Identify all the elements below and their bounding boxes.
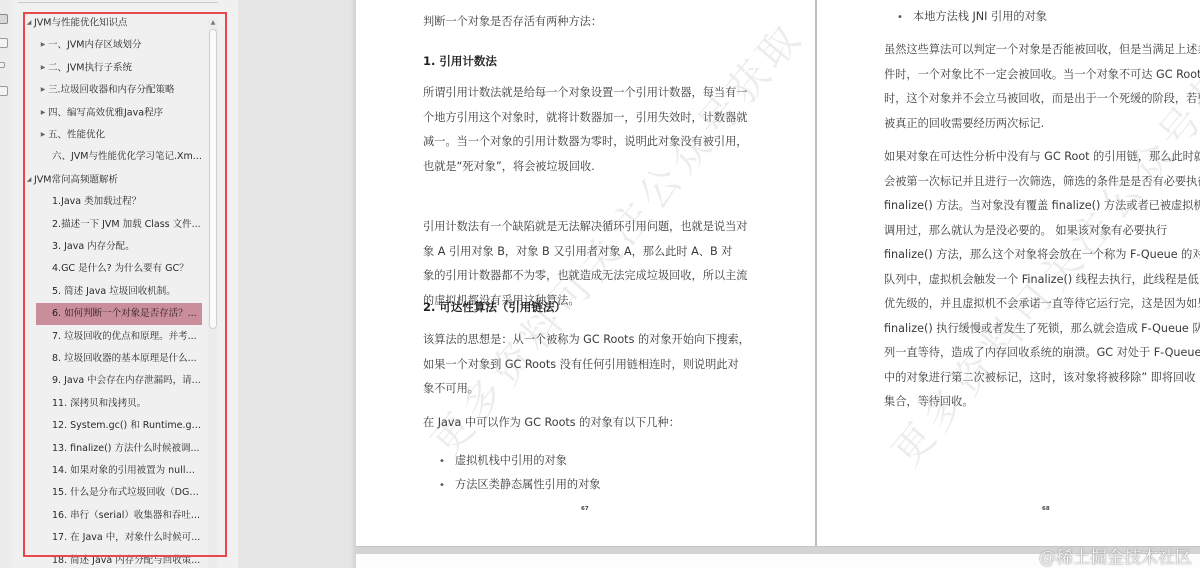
outline-item[interactable]: ◢JVM与性能优化知识点 xyxy=(24,12,202,34)
text-line: finalize() 方法。当对象没有覆盖 finalize() 方法或者已被虚… xyxy=(884,194,1200,219)
annotation-icon[interactable] xyxy=(0,62,5,68)
outline-item-label: 3. Java 内存分配。 xyxy=(52,241,135,252)
text-line: 调用过，那么就认为是没必要的。 如果该对象有必要执行 xyxy=(884,219,1167,244)
text-line: 会被第一次标记并且进行一次筛选，筛选的条件是是否有必要执行 xyxy=(884,170,1200,195)
outline-item[interactable]: 5. 简述 Java 垃圾回收机制。 xyxy=(36,281,202,303)
outline-item[interactable]: 3. Java 内存分配。 xyxy=(36,236,202,258)
outline-item[interactable]: 12. System.gc() 和 Runtime.gc()... xyxy=(36,415,202,437)
heading-reference-counting: 1. 引用计数法 xyxy=(423,53,497,69)
outline-item-label: 2.描述一下 JVM 加载 Class 文件... xyxy=(52,219,201,230)
tool-strip xyxy=(0,0,12,568)
outline-item[interactable]: 17. 在 Java 中，对象什么时候可... xyxy=(36,527,202,549)
outline-item-label: 4.GC 是什么? 为什么要有 GC？ xyxy=(52,263,189,274)
text-line: 集合，等待回收。 xyxy=(884,390,974,415)
page-number: 67 xyxy=(581,506,589,512)
text-line: 列一直等待，造成了内存回收系统的崩溃。GC 对处于 F-Queue xyxy=(884,341,1200,366)
text-line: 件时，一个对象比不一定会被回收。当一个对象不可达 GC Root xyxy=(884,63,1200,88)
bookmark-icon[interactable] xyxy=(0,38,8,48)
expand-triangle-icon[interactable]: ▶ xyxy=(38,34,48,56)
outline-item-label: 5. 简述 Java 垃圾回收机制。 xyxy=(52,286,176,297)
heading-reachability: 2. 可达性算法（引用链法） xyxy=(423,299,566,315)
outline-item-label: 9. Java 中会存在内存泄漏吗，请... xyxy=(52,375,201,386)
outline-item-label: JVM常问高频题解析 xyxy=(34,174,118,185)
outline-item-label: 15. 什么是分布式垃圾回收（DGC... xyxy=(52,487,202,498)
outline-item-label: 二、JVM执行子系统 xyxy=(48,62,132,73)
outline-item-label: 7. 垃圾回收的优点和原理。并考... xyxy=(52,331,197,342)
pdf-page-68: •本地方法栈 JNI 引用的对象 虽然这些算法可以判定一个对象是否能被回收，但是… xyxy=(817,0,1200,546)
site-watermark: @稀土掘金技术社区 xyxy=(1039,543,1192,568)
collapse-triangle-icon[interactable]: ◢ xyxy=(24,169,34,191)
viewer-background xyxy=(238,0,356,568)
text-line: 虽然这些算法可以判定一个对象是否能被回收，但是当满足上述条 xyxy=(884,38,1200,63)
bullet-item: •方法区类静态属性引用的对象 xyxy=(439,476,600,492)
outline-item[interactable]: ◢JVM常问高频题解析 xyxy=(24,169,202,191)
bullet-item: •虚拟机栈中引用的对象 xyxy=(439,452,567,468)
pdf-page-67: 判断一个对象是否存活有两种方法： 1. 引用计数法 所谓引用计数法就是给每一个对… xyxy=(356,0,815,546)
outline-item-label: 12. System.gc() 和 Runtime.gc()... xyxy=(52,420,202,431)
outline-item[interactable]: ▶四、编写高效优雅Java程序 xyxy=(36,102,202,124)
outline-item[interactable]: 7. 垃圾回收的优点和原理。并考... xyxy=(36,326,202,348)
bullet-item: •本地方法栈 JNI 引用的对象 xyxy=(897,8,1047,24)
text-line: 被真正的回收需要经历两次标记. xyxy=(884,112,1044,137)
text-line: 也就是“死对象”，将会被垃圾回收. xyxy=(423,155,595,180)
outline-item[interactable]: 六、JVM与性能优化学习笔记.Xm... xyxy=(36,146,202,168)
text-line: 个地方引用这个对象时，就将计数器加一，引用失效时，计数器就 xyxy=(423,106,747,131)
outline-item[interactable]: 8. 垃圾回收器的基本原理是什么... xyxy=(36,348,202,370)
expand-triangle-icon[interactable]: ▶ xyxy=(38,79,48,101)
bullet-text: 本地方法栈 JNI 引用的对象 xyxy=(913,10,1047,23)
text-line: 象 A 引用对象 B，对象 B 又引用者对象 A，那么此时 A、B 对 xyxy=(423,240,732,265)
outline-item-label: 14. 如果对象的引用被置为 null，... xyxy=(52,465,202,476)
scroll-thumb[interactable] xyxy=(209,29,217,329)
outline-item[interactable]: 11. 深拷贝和浅拷贝。 xyxy=(36,393,202,415)
outline-item-label: 17. 在 Java 中，对象什么时候可... xyxy=(52,532,200,543)
bullet-icon: • xyxy=(439,456,455,467)
expand-triangle-icon[interactable]: ▶ xyxy=(38,102,48,124)
attachment-icon[interactable] xyxy=(0,86,8,96)
outline-item-label: 6. 如何判断一个对象是否存活？... xyxy=(52,308,197,319)
text-line: finalize() 方法，那么这个对象将会放在一个称为 F-Queue 的对 xyxy=(884,243,1200,268)
text-line: 所谓引用计数法就是给每一个对象设置一个引用计数器，每当有一 xyxy=(423,81,747,106)
outline-item[interactable]: 18. 简述 Java 内存分配与回收策... xyxy=(36,550,202,568)
text-line: 中的对象进行第二次被标记，这时，该对象将被移除” 即将回收 xyxy=(884,366,1195,391)
outline-scrollbar[interactable]: ▲ xyxy=(208,18,218,568)
outline-item-label: 1.Java 类加载过程？ xyxy=(52,196,141,207)
outline-item[interactable]: 13. finalize() 方法什么时候被调... xyxy=(36,438,202,460)
text-line: finalize() 执行缓慢或者发生了死锁，那么就会造成 F-Queue 队 xyxy=(884,317,1200,342)
outline-item-label: 六、JVM与性能优化学习笔记.Xm... xyxy=(52,151,202,162)
outline-item-label: 8. 垃圾回收器的基本原理是什么... xyxy=(52,353,197,364)
outline-item[interactable]: ▶二、JVM执行子系统 xyxy=(36,57,202,79)
text-line: 该算法的思想是：从一个被称为 GC Roots 的对象开始向下搜索， xyxy=(423,328,750,353)
outline-item[interactable]: 2.描述一下 JVM 加载 Class 文件... xyxy=(36,214,202,236)
outline-item-label: 16. 串行（serial）收集器和吞吐... xyxy=(52,510,200,521)
outline-item[interactable]: 1.Java 类加载过程？ xyxy=(36,191,202,213)
outline-item[interactable]: ▶五、性能优化 xyxy=(36,124,202,146)
scroll-up-arrow-icon[interactable]: ▲ xyxy=(208,18,218,28)
expand-triangle-icon[interactable]: ▶ xyxy=(38,57,48,79)
bullet-text: 虚拟机栈中引用的对象 xyxy=(455,454,567,467)
outline-item[interactable]: ▶三.垃圾回收器和内存分配策略 xyxy=(36,79,202,101)
text-line: 优先级的，并且虚拟机不会承诺一直等待它运行完，这是因为如果 xyxy=(884,292,1200,317)
outline-item-label: 一、JVM内存区域划分 xyxy=(48,40,142,51)
gc-roots-intro: 在 Java 中可以作为 GC Roots 的对象有以下几种： xyxy=(423,411,680,436)
outline-item-label: JVM与性能优化知识点 xyxy=(34,18,128,29)
outline-item-label: 四、编写高效优雅Java程序 xyxy=(48,107,163,118)
text-line: 如果一个对象到 GC Roots 没有任何引用链相连时，则说明此对 xyxy=(423,353,739,378)
text-line: 如果对象在可达性分析中没有与 GC Root 的引用链，那么此时就 xyxy=(884,145,1200,170)
bullet-icon: • xyxy=(897,12,913,23)
bullet-text: 方法区类静态属性引用的对象 xyxy=(455,478,600,491)
outline-item-label: 18. 简述 Java 内存分配与回收策... xyxy=(52,555,200,566)
outline-item[interactable]: 9. Java 中会存在内存泄漏吗，请... xyxy=(36,370,202,392)
text-line: 减一。当一个对象的引用计数器为零时，说明此对象没有被引用， xyxy=(423,130,747,155)
bullet-icon: • xyxy=(439,480,455,491)
thumbnail-view-icon[interactable] xyxy=(0,14,8,24)
expand-triangle-icon[interactable]: ▶ xyxy=(38,124,48,146)
outline-item-label: 11. 深拷贝和浅拷贝。 xyxy=(52,398,146,409)
outline-item[interactable]: 6. 如何判断一个对象是否存活？... xyxy=(36,303,202,325)
collapse-triangle-icon[interactable]: ◢ xyxy=(24,12,34,34)
outline-item-label: 三.垃圾回收器和内存分配策略 xyxy=(48,85,175,96)
outline-item[interactable]: 4.GC 是什么? 为什么要有 GC？ xyxy=(36,258,202,280)
sidebar-divider xyxy=(18,0,218,3)
outline-item-label: 五、性能优化 xyxy=(48,130,105,141)
text-line: 时，这个对象并不会立马被回收，而是出于一个死缓的阶段，若要 xyxy=(884,87,1200,112)
outline-item[interactable]: 15. 什么是分布式垃圾回收（DGC... xyxy=(36,482,202,504)
outline-item[interactable]: ▶一、JVM内存区域划分 xyxy=(36,34,202,56)
text-line: 引用计数法有一个缺陷就是无法解决循环引用问题，也就是说当对 xyxy=(423,215,747,240)
text-line: 象的引用计数器都不为零，也就造成无法完成垃圾回收，所以主流 xyxy=(423,264,747,289)
outline-tree: ◢JVM与性能优化知识点▶一、JVM内存区域划分▶二、JVM执行子系统▶三.垃圾… xyxy=(22,12,238,568)
text-line: 队列中，虚拟机会触发一个 Finalize() 线程去执行，此线程是低 xyxy=(884,268,1199,293)
outline-item[interactable]: 16. 串行（serial）收集器和吞吐... xyxy=(36,505,202,527)
outline-sidebar: ◢JVM与性能优化知识点▶一、JVM内存区域划分▶二、JVM执行子系统▶三.垃圾… xyxy=(12,0,238,568)
outline-item-label: 13. finalize() 方法什么时候被调... xyxy=(52,443,200,454)
outline-item[interactable]: 14. 如果对象的引用被置为 null，... xyxy=(36,460,202,482)
page-number: 68 xyxy=(1042,506,1050,512)
text-line: 象不可用。 xyxy=(423,377,479,402)
intro-text: 判断一个对象是否存活有两种方法： xyxy=(423,10,602,35)
